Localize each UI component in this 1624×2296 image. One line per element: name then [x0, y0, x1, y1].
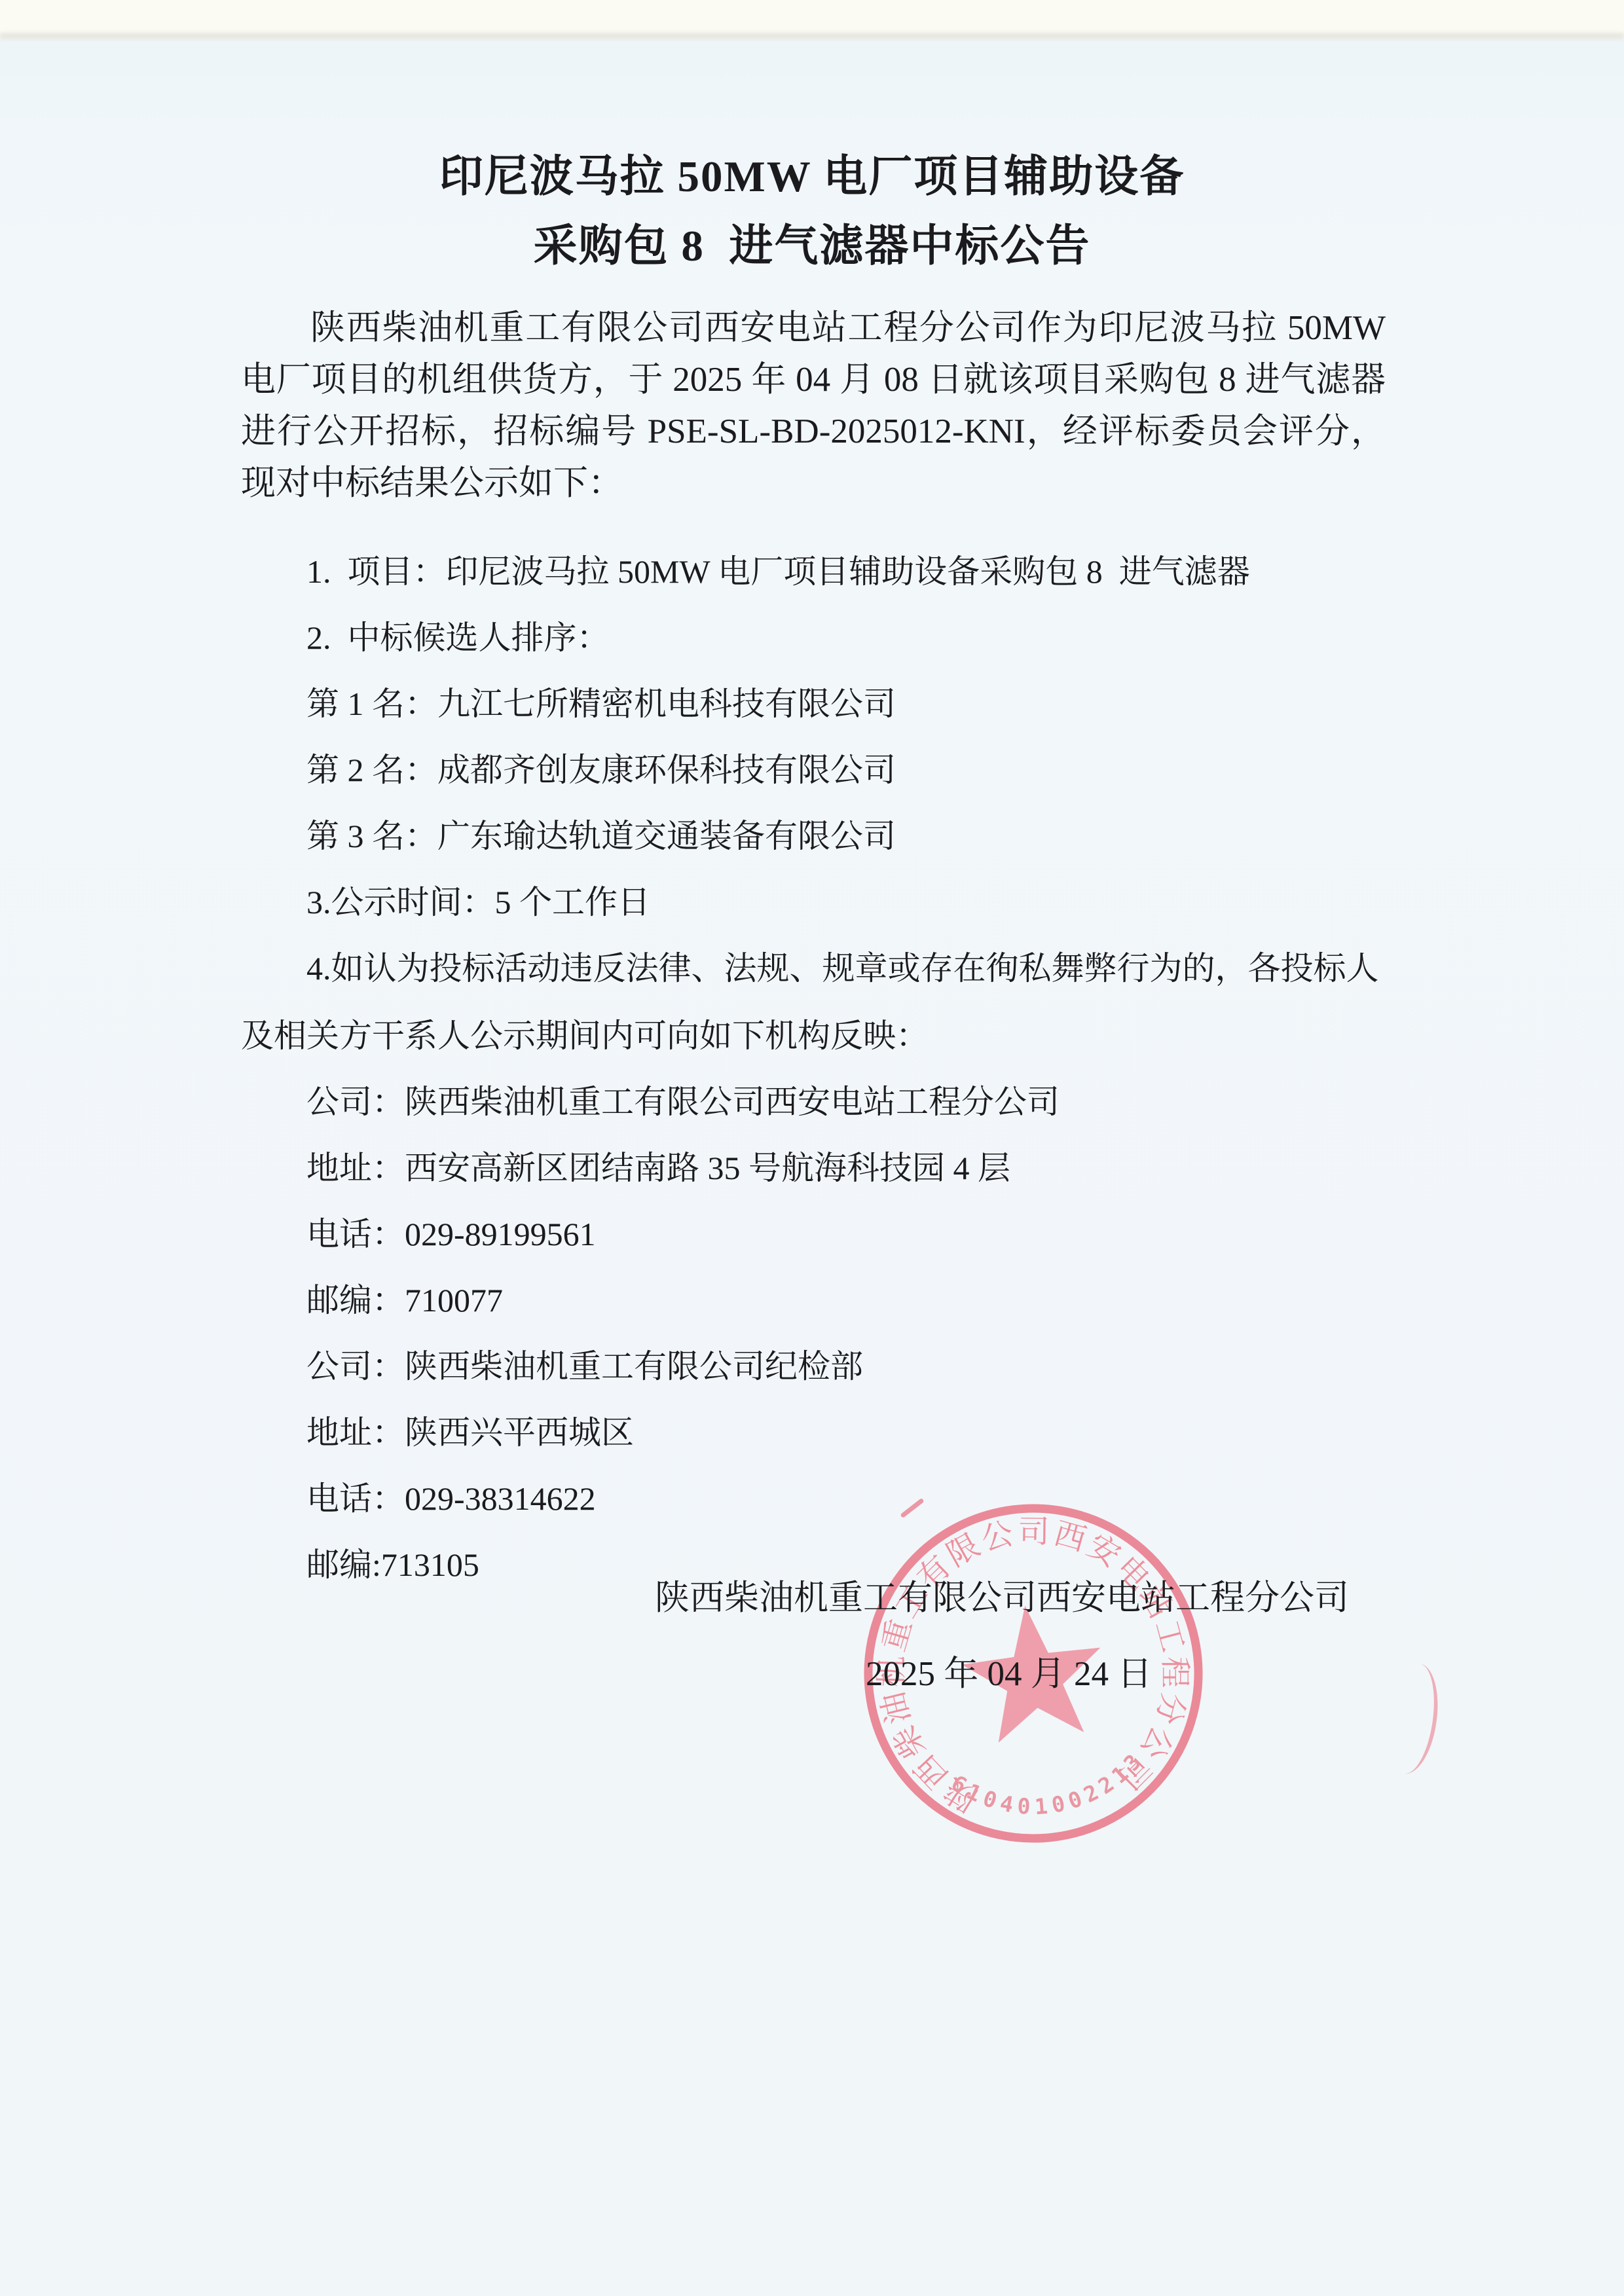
line-rank-3: 第 3 名：广东瑜达轨道交通装备有限公司 — [241, 816, 1459, 856]
line-complaint-notice-1: 4.如认为投标活动违反法律、法规、规章或存在徇私舞弊行为的，各投标人 — [241, 949, 1459, 988]
signature-company: 陕西柴油机重工有限公司西安电站工程分公司 — [655, 1570, 1349, 1620]
scan-top-edge-artifact — [0, 33, 1624, 39]
line-rank-1: 第 1 名：九江七所精密机电科技有限公司 — [241, 684, 1459, 723]
line-candidates-header: 2. 中标候选人排序： — [241, 618, 1459, 657]
red-ink-stroke — [1380, 1660, 1445, 1777]
line-phone-2: 电话：029-38314622 — [241, 1479, 1459, 1518]
line-publicity-period: 3.公示时间：5 个工作日 — [241, 883, 1459, 922]
document-title-line-2: 采购包 8 进气滤器中标公告 — [0, 211, 1624, 274]
line-address-1: 地址：西安高新区团结南路 35 号航海科技园 4 层 — [241, 1148, 1459, 1188]
document-title-line-1: 印尼波马拉 50MW 电厂项目辅助设备 — [0, 141, 1624, 204]
line-postcode-1: 邮编：710077 — [241, 1281, 1459, 1320]
intro-paragraph: 陕西柴油机重工有限公司西安电站工程分公司作为印尼波马拉 50MW 电厂项目的机组… — [241, 302, 1386, 509]
line-company-1: 公司：陕西柴油机重工有限公司西安电站工程分公司 — [241, 1082, 1459, 1121]
signature-date: 2025 年 04 月 24 日 — [866, 1646, 1152, 1696]
line-address-2: 地址：陕西兴平西城区 — [241, 1413, 1459, 1452]
line-phone-1: 电话：029-89199561 — [241, 1214, 1459, 1254]
scanned-announcement-page: 印尼波马拉 50MW 电厂项目辅助设备 采购包 8 进气滤器中标公告 陕西柴油机… — [0, 0, 1624, 2296]
line-project: 1. 项目：印尼波马拉 50MW 电厂项目辅助设备采购包 8 进气滤器 — [241, 552, 1459, 591]
line-complaint-notice-2: 及相关方干系人公示期间内可向如下机构反映： — [241, 1016, 1393, 1055]
line-company-2: 公司：陕西柴油机重工有限公司纪检部 — [241, 1347, 1459, 1386]
line-rank-2: 第 2 名：成都齐创友康环保科技有限公司 — [241, 750, 1459, 790]
